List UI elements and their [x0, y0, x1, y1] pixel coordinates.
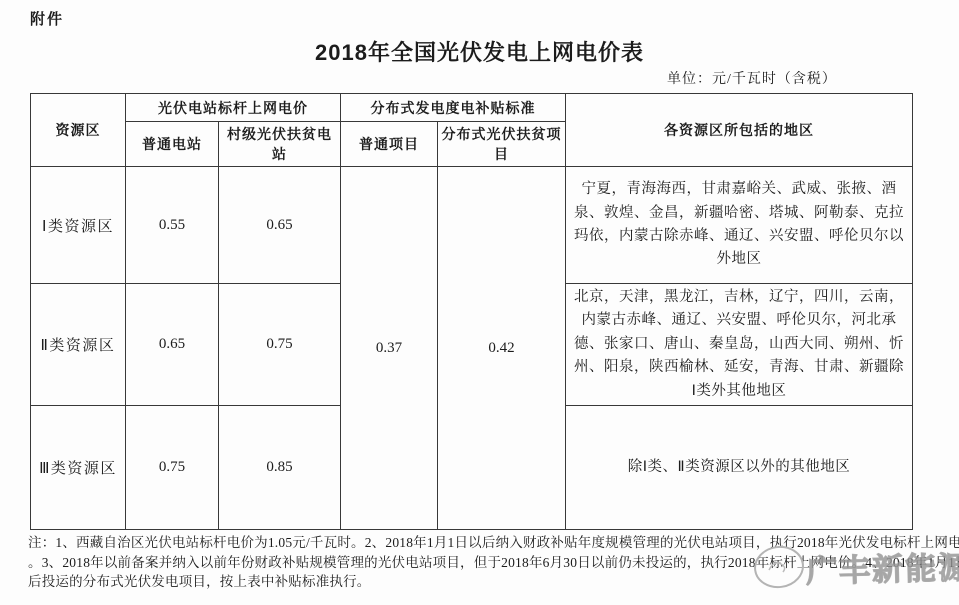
document-page: 附件 2018年全国光伏发电上网电价表 单位：元/千瓦时（含税） 资源区 光伏电… — [0, 0, 959, 605]
unit-note: 单位：元/千瓦时（含税） — [667, 68, 837, 88]
col-header-resource-zone: 资源区 — [31, 94, 126, 167]
poverty-project-subsidy: 0.42 — [438, 167, 566, 530]
attachment-label: 附件 — [30, 8, 64, 29]
tariff-table: 资源区 光伏电站标杆上网电价 分布式发电度电补贴标准 各资源区所包括的地区 普通… — [30, 93, 913, 530]
watermark-text: 广丰新能源 — [805, 542, 959, 591]
table-row-zone-1: Ⅰ类资源区 0.55 0.65 0.37 0.42 宁夏，青海海西，甘肃嘉峪关、… — [31, 167, 913, 284]
zone-label: Ⅱ类资源区 — [31, 284, 126, 406]
village-poverty-station-price: 0.75 — [219, 284, 341, 406]
zone-regions: 除Ⅰ类、Ⅱ类资源区以外的其他地区 — [566, 406, 913, 530]
zone-regions: 北京，天津，黑龙江，吉林，辽宁，四川，云南，内蒙古赤峰、通辽、兴安盟、呼伦贝尔，… — [566, 284, 913, 406]
zone-regions: 宁夏，青海海西，甘肃嘉峪关、武威、张掖、酒泉、敦煌、金昌，新疆哈密、塔城、阿勒泰… — [566, 167, 913, 284]
ordinary-project-subsidy: 0.37 — [341, 167, 438, 530]
watermark-logo-icon — [752, 544, 806, 597]
zone-label: Ⅰ类资源区 — [31, 167, 126, 284]
col-header-ordinary-project: 普通项目 — [341, 122, 438, 167]
village-poverty-station-price: 0.85 — [219, 406, 341, 530]
zone-label: Ⅲ类资源区 — [31, 406, 126, 530]
watermark: 广丰新能源 — [748, 540, 958, 595]
village-poverty-station-price: 0.65 — [219, 167, 341, 284]
table-header-row-1: 资源区 光伏电站标杆上网电价 分布式发电度电补贴标准 各资源区所包括的地区 — [31, 94, 913, 122]
ordinary-station-price: 0.55 — [126, 167, 219, 284]
col-header-regions: 各资源区所包括的地区 — [566, 94, 913, 167]
ordinary-station-price: 0.75 — [126, 406, 219, 530]
col-group-benchmark-price: 光伏电站标杆上网电价 — [126, 94, 341, 122]
page-title: 2018年全国光伏发电上网电价表 — [0, 36, 959, 67]
col-group-subsidy-standard: 分布式发电度电补贴标准 — [341, 94, 566, 122]
ordinary-station-price: 0.65 — [126, 284, 219, 406]
col-header-ordinary-station: 普通电站 — [126, 122, 219, 167]
col-header-village-poverty-station: 村级光伏扶贫电站 — [219, 122, 341, 167]
col-header-distributed-poverty-project: 分布式光伏扶贫项目 — [438, 122, 566, 167]
